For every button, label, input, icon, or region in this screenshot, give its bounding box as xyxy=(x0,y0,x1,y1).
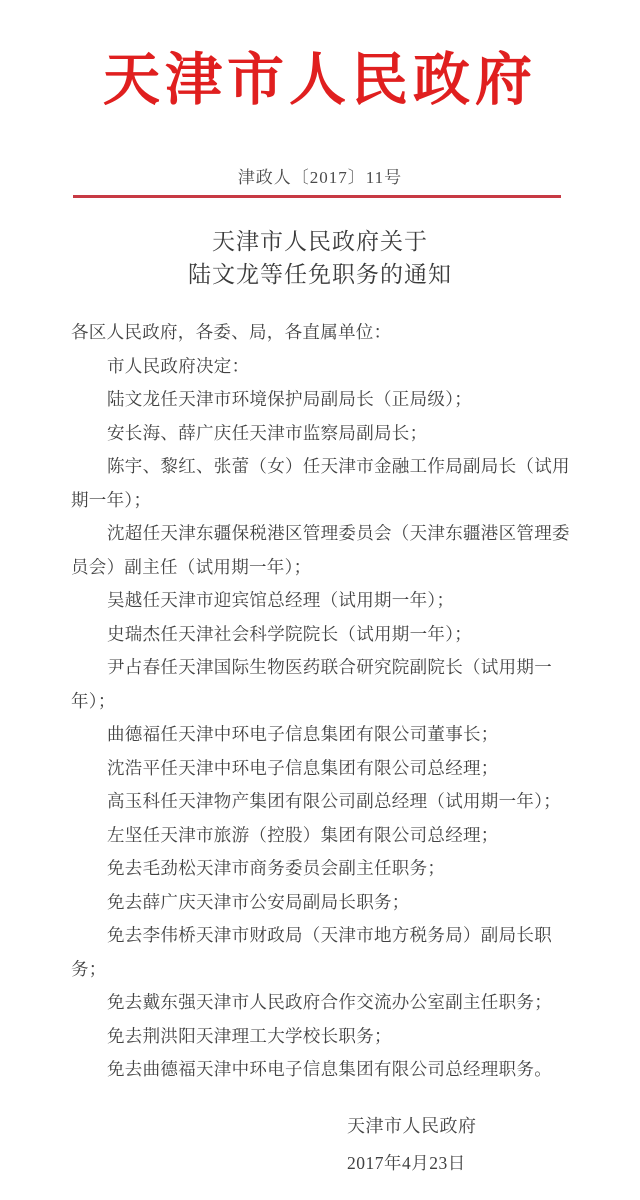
document-number: 津政人〔2017〕11号 xyxy=(0,163,640,188)
body-text-line: 沈超任天津东疆保税港区管理委员会（天津东疆港区管理委 xyxy=(71,517,580,551)
body-text-line: 年）； xyxy=(71,685,580,719)
body-text-line: 史瑞杰任天津社会科学院院长（试用期一年）； xyxy=(71,618,580,652)
body-text-line: 免去李伟桥天津市财政局（天津市地方税务局）副局长职 xyxy=(71,919,580,953)
body-text-line: 尹占春任天津国际生物医药联合研究院副院长（试用期一 xyxy=(71,651,580,685)
body-text-line: 高玉科任天津物产集团有限公司副总经理（试用期一年）； xyxy=(71,785,580,819)
body-text-line: 左坚任天津市旅游（控股）集团有限公司总经理； xyxy=(71,819,580,853)
signature-org: 天津市人民政府 xyxy=(347,1112,477,1140)
notice-body: 各区人民政府，各委、局，各直属单位：市人民政府决定：陆文龙任天津市环境保护局副局… xyxy=(71,316,580,1087)
notice-title-line1: 天津市人民政府关于 xyxy=(0,225,640,258)
body-text-line: 曲德福任天津中环电子信息集团有限公司董事长； xyxy=(71,718,580,752)
body-text-line: 陆文龙任天津市环境保护局副局长（正局级）； xyxy=(71,383,580,417)
red-divider-line xyxy=(73,195,561,198)
body-text-line: 免去毛劲松天津市商务委员会副主任职务； xyxy=(71,852,580,886)
issuing-org-title: 天津市人民政府 xyxy=(0,34,640,116)
government-notice-document: 天津市人民政府 津政人〔2017〕11号 天津市人民政府关于 陆文龙等任免职务的… xyxy=(0,0,640,1200)
body-text-line: 沈浩平任天津中环电子信息集团有限公司总经理； xyxy=(71,752,580,786)
body-text-line: 各区人民政府，各委、局，各直属单位： xyxy=(71,316,580,350)
body-text-line: 免去荆洪阳天津理工大学校长职务； xyxy=(71,1020,580,1054)
body-text-line: 陈宇、黎红、张蕾（女）任天津市金融工作局副局长（试用 xyxy=(71,450,580,484)
body-text-line: 免去曲德福天津中环电子信息集团有限公司总经理职务。 xyxy=(71,1053,580,1087)
body-text-line: 吴越任天津市迎宾馆总经理（试用期一年）； xyxy=(71,584,580,618)
body-text-line: 务； xyxy=(71,953,580,987)
notice-title-line2: 陆文龙等任免职务的通知 xyxy=(0,258,640,291)
body-text-line: 期一年）； xyxy=(71,484,580,518)
body-text-line: 免去戴东强天津市人民政府合作交流办公室副主任职务； xyxy=(71,986,580,1020)
notice-title: 天津市人民政府关于 陆文龙等任免职务的通知 xyxy=(0,225,640,291)
body-text-line: 免去薛广庆天津市公安局副局长职务； xyxy=(71,886,580,920)
signature-date: 2017年4月23日 xyxy=(347,1149,477,1177)
body-text-line: 市人民政府决定： xyxy=(71,350,580,384)
signature-block: 天津市人民政府 2017年4月23日 xyxy=(347,1112,477,1177)
body-text-line: 安长海、薛广庆任天津市监察局副局长； xyxy=(71,417,580,451)
body-text-line: 员会）副主任（试用期一年）； xyxy=(71,551,580,585)
